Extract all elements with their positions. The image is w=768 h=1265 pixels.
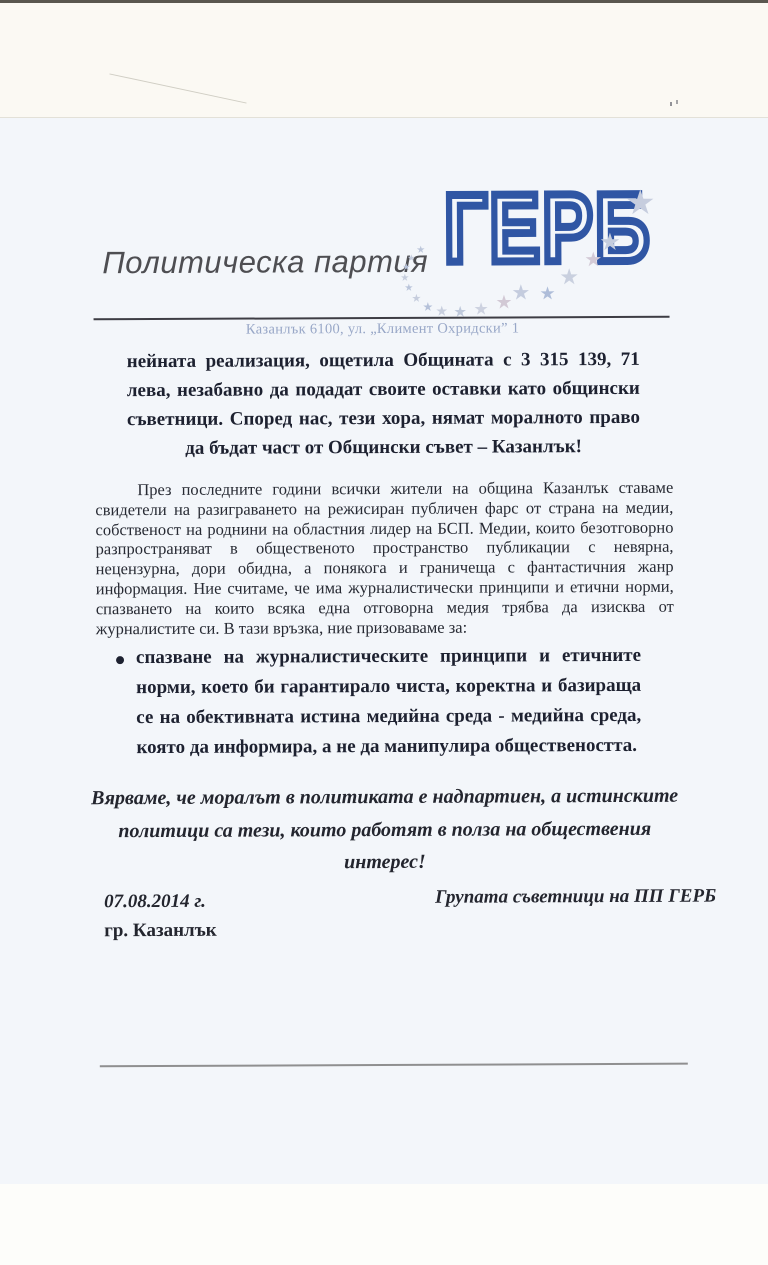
letter-content: Политическа партия ★ ★ ★ ★ ★ ★ ★ ★ ★ ★ ★… <box>0 116 768 1186</box>
star-icon: ★ <box>416 246 425 256</box>
star-icon: ★ <box>402 264 410 273</box>
star-icon: ★ <box>511 282 530 303</box>
bullet-item: спазване на журналистическите принципи и… <box>136 641 642 763</box>
star-icon: ★ <box>495 293 512 312</box>
signature-label: Групата съветници на ПП ГЕРБ <box>435 886 716 909</box>
letter-date: 07.08.2014 г. <box>104 891 206 913</box>
scanner-bottom-area <box>0 1184 768 1265</box>
star-icon: ★ <box>625 186 656 220</box>
lead-paragraph: нейната реализация, ощетила Общината с 3… <box>127 345 641 463</box>
scanned-letter: Политическа партия ★ ★ ★ ★ ★ ★ ★ ★ ★ ★ ★… <box>0 0 768 1265</box>
org-type-label: Политическа партия <box>102 244 428 281</box>
bullet-marker <box>116 656 124 664</box>
letter-city: гр. Казанлък <box>104 920 217 942</box>
letter-page: Политическа партия ★ ★ ★ ★ ★ ★ ★ ★ ★ ★ ★… <box>0 117 768 1185</box>
footer-divider <box>100 1063 688 1068</box>
star-icon: ★ <box>411 293 421 304</box>
party-logo-letters: ГЕРБ <box>444 179 652 277</box>
scan-speck <box>670 102 672 106</box>
star-icon: ★ <box>559 267 579 289</box>
scan-scratch <box>109 73 246 103</box>
star-icon: ★ <box>599 230 621 254</box>
scanner-edge-strip <box>0 0 768 3</box>
emphasis-paragraph: Вярваме, че моралът в политиката е надпа… <box>81 780 689 880</box>
address-line: Казанлък 6100, ул. „Климент Охридски” 1 <box>0 319 767 339</box>
star-icon: ★ <box>422 301 433 313</box>
star-icon: ★ <box>539 285 555 303</box>
body-paragraph: През последните години всички жители на … <box>95 478 674 639</box>
party-logo: ★ ★ ★ ★ ★ ★ ★ ★ ★ ★ ★ ★ ★ ★ ★ ★ ★ ★ ГЕ <box>398 192 689 333</box>
